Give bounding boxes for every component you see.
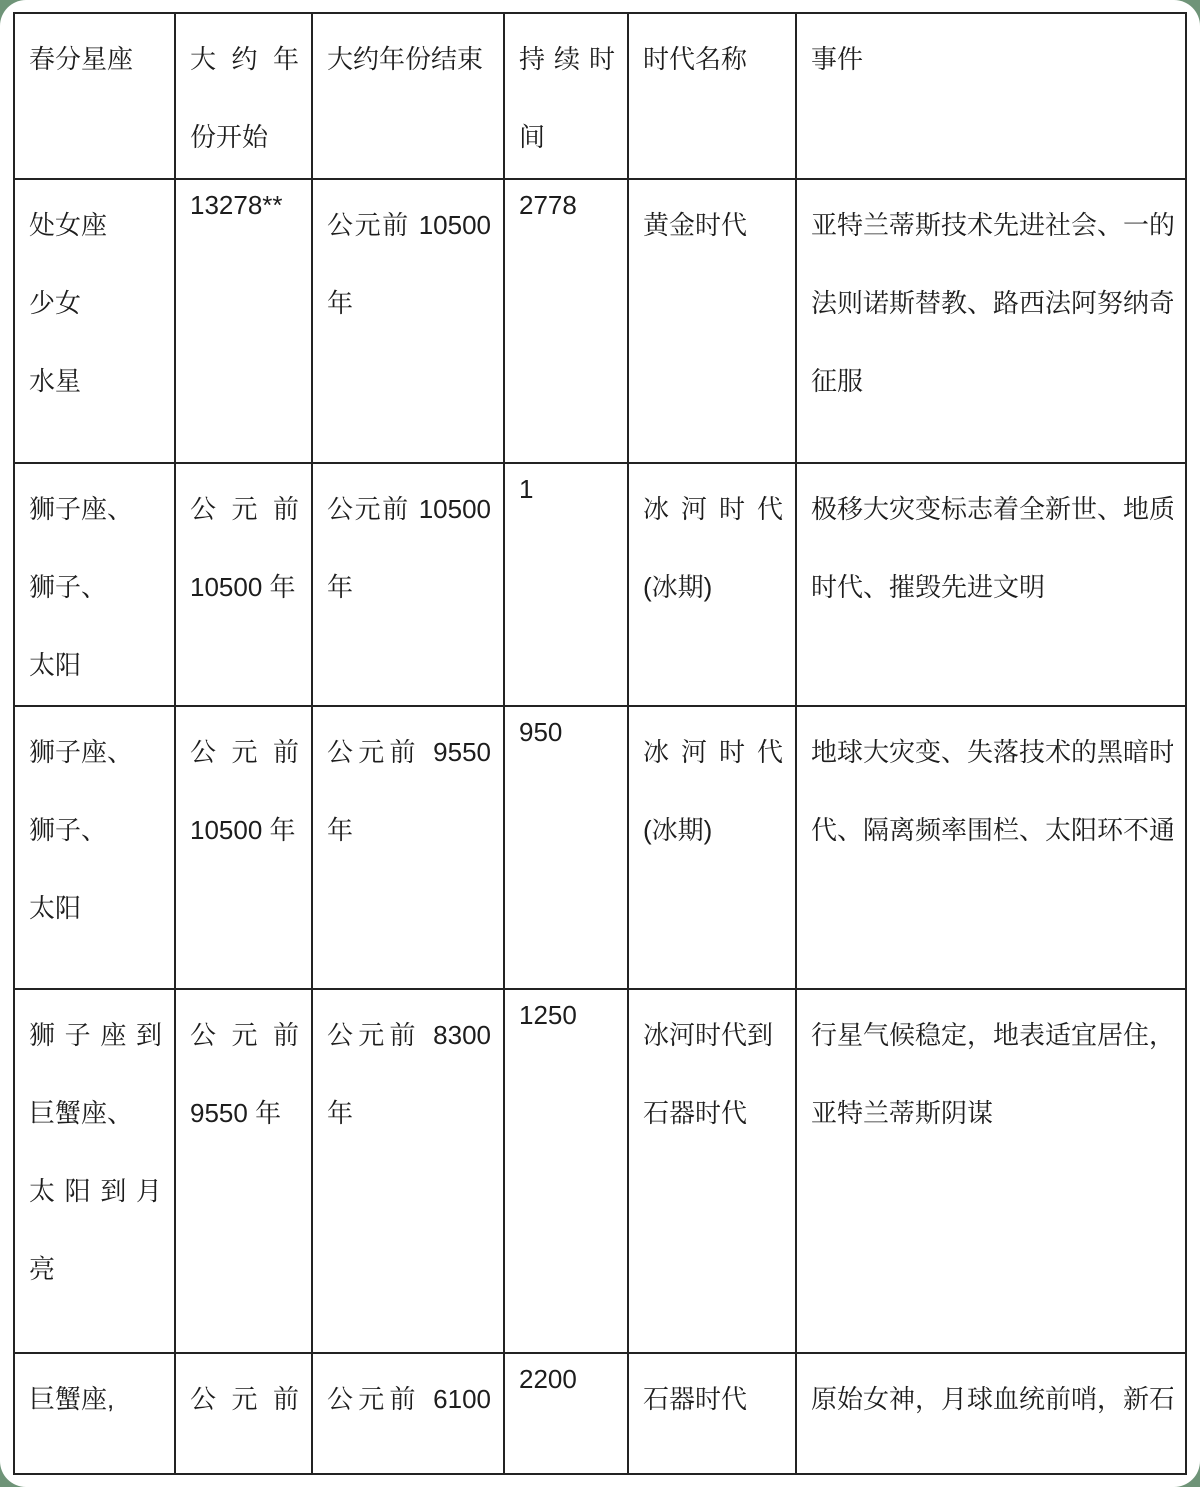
- cell-line: 石器时代: [643, 1074, 783, 1152]
- cell-line: 2200: [519, 1360, 615, 1438]
- cell-line: 公元前 6100: [327, 1360, 491, 1438]
- cell-line: 份开始: [190, 98, 299, 176]
- table-cell: 极移大灾变标志着全新世、地质时代、摧毁先进文明: [797, 464, 1187, 707]
- cell-line: 巨蟹座,: [29, 1360, 162, 1438]
- cell-line: 公元前 10500: [327, 470, 491, 548]
- cell-line: 太阳: [29, 869, 162, 947]
- cell-line: 时代名称: [643, 20, 783, 98]
- table-cell: 公元前 10500年: [313, 464, 505, 707]
- table-cell: 公元前 6100: [313, 1354, 505, 1475]
- table-cell: 公元前: [176, 1354, 313, 1475]
- cell-line: 公元前 10500: [327, 186, 491, 264]
- cell-line: 大约年: [190, 20, 299, 98]
- cell-line: 地球大灾变、失落技术的黑暗时: [811, 713, 1173, 791]
- cell-line: 冰河时代: [643, 470, 783, 548]
- cell-line: 狮子座、: [29, 470, 162, 548]
- cell-line: 13278**: [190, 186, 299, 264]
- cell-line: 春分星座: [29, 20, 162, 98]
- cell-line: 间: [519, 98, 615, 176]
- cell-line: 极移大灾变标志着全新世、地质: [811, 470, 1173, 548]
- cell-line: 冰河时代到: [643, 996, 783, 1074]
- column-header: 事件: [797, 14, 1187, 180]
- cell-line: 原始女神，月球血统前哨，新石: [811, 1360, 1173, 1438]
- cell-line: (冰期): [643, 791, 783, 869]
- table-cell: 亚特兰蒂斯技术先进社会、一的法则诺斯替教、路西法阿努纳奇征服: [797, 180, 1187, 464]
- column-header: 春分星座: [15, 14, 176, 180]
- cell-line: 公元前: [190, 1360, 299, 1438]
- table-cell: 狮子座、狮子、太阳: [15, 464, 176, 707]
- cell-line: 处女座: [29, 186, 162, 264]
- table-cell: 巨蟹座,: [15, 1354, 176, 1475]
- cell-line: 征服: [811, 342, 1173, 420]
- cell-line: 狮子、: [29, 791, 162, 869]
- cell-line: 10500 年: [190, 548, 299, 626]
- cell-line: 狮子座到: [29, 996, 162, 1074]
- table-row: 狮子座、狮子、太阳公元前10500 年公元前 9550年950冰河时代(冰期)地…: [15, 707, 1187, 990]
- cell-line: 时代、摧毁先进文明: [811, 548, 1173, 626]
- cell-line: 亮: [29, 1230, 162, 1308]
- cell-line: 大约年份结束: [327, 20, 491, 98]
- table-cell: 公元前9550 年: [176, 990, 313, 1354]
- cell-line: 事件: [811, 20, 1173, 98]
- table-cell: 冰河时代到石器时代: [629, 990, 797, 1354]
- cell-line: 狮子座、: [29, 713, 162, 791]
- table-cell: 狮子座到巨蟹座、太阳到月亮: [15, 990, 176, 1354]
- column-header: 持续时间: [505, 14, 629, 180]
- table-cell: 石器时代: [629, 1354, 797, 1475]
- table-cell: 2778: [505, 180, 629, 464]
- cell-line: 公元前: [190, 470, 299, 548]
- cell-line: 年: [327, 791, 491, 869]
- cell-line: 少女: [29, 264, 162, 342]
- table-cell: 1250: [505, 990, 629, 1354]
- cell-line: 2778: [519, 186, 615, 264]
- cell-line: 1250: [519, 996, 615, 1074]
- cell-line: 法则诺斯替教、路西法阿努纳奇: [811, 264, 1173, 342]
- table-row: 巨蟹座,公元前公元前 61002200石器时代原始女神，月球血统前哨，新石: [15, 1354, 1187, 1475]
- column-header: 时代名称: [629, 14, 797, 180]
- precession-era-table: 春分星座大约年份开始大约年份结束持续时间时代名称事件处女座少女水星13278**…: [13, 12, 1187, 1475]
- cell-line: 950: [519, 713, 615, 791]
- table-cell: 公元前 8300年: [313, 990, 505, 1354]
- cell-line: 石器时代: [643, 1360, 783, 1438]
- column-header: 大约年份开始: [176, 14, 313, 180]
- cell-line: 持续时: [519, 20, 615, 98]
- cell-line: 太阳: [29, 626, 162, 704]
- table-cell: 13278**: [176, 180, 313, 464]
- table-cell: 地球大灾变、失落技术的黑暗时代、隔离频率围栏、太阳环不通: [797, 707, 1187, 990]
- table-cell: 公元前 10500年: [313, 180, 505, 464]
- column-header: 大约年份结束: [313, 14, 505, 180]
- table-row: 狮子座、狮子、太阳公元前10500 年公元前 10500年1冰河时代(冰期)极移…: [15, 464, 1187, 707]
- table-cell: 冰河时代(冰期): [629, 464, 797, 707]
- cell-line: 狮子、: [29, 548, 162, 626]
- cell-line: 年: [327, 1074, 491, 1152]
- cell-line: (冰期): [643, 548, 783, 626]
- table-cell: 950: [505, 707, 629, 990]
- table-cell: 黄金时代: [629, 180, 797, 464]
- cell-line: 代、隔离频率围栏、太阳环不通: [811, 791, 1173, 869]
- table-cell: 1: [505, 464, 629, 707]
- cell-line: 黄金时代: [643, 186, 783, 264]
- table-cell: 冰河时代(冰期): [629, 707, 797, 990]
- cell-line: 年: [327, 548, 491, 626]
- table-cell: 2200: [505, 1354, 629, 1475]
- table-cell: 原始女神，月球血统前哨，新石: [797, 1354, 1187, 1475]
- header-row: 春分星座大约年份开始大约年份结束持续时间时代名称事件: [15, 14, 1187, 180]
- cell-line: 巨蟹座、: [29, 1074, 162, 1152]
- table-cell: 狮子座、狮子、太阳: [15, 707, 176, 990]
- cell-line: 1: [519, 470, 615, 548]
- cell-line: 公元前 9550: [327, 713, 491, 791]
- table-cell: 公元前10500 年: [176, 464, 313, 707]
- cell-line: 行星气候稳定，地表适宜居住，: [811, 996, 1173, 1074]
- cell-line: 10500 年: [190, 791, 299, 869]
- document-page: 春分星座大约年份开始大约年份结束持续时间时代名称事件处女座少女水星13278**…: [0, 0, 1200, 1487]
- table-cell: 公元前10500 年: [176, 707, 313, 990]
- table-row: 狮子座到巨蟹座、太阳到月亮公元前9550 年公元前 8300年1250冰河时代到…: [15, 990, 1187, 1354]
- table-cell: 处女座少女水星: [15, 180, 176, 464]
- cell-line: 公元前: [190, 996, 299, 1074]
- table-cell: 行星气候稳定，地表适宜居住，亚特兰蒂斯阴谋: [797, 990, 1187, 1354]
- cell-line: 水星: [29, 342, 162, 420]
- table-cell: 公元前 9550年: [313, 707, 505, 990]
- table-row: 处女座少女水星13278**公元前 10500年2778黄金时代亚特兰蒂斯技术先…: [15, 180, 1187, 464]
- cell-line: 9550 年: [190, 1074, 299, 1152]
- cell-line: 冰河时代: [643, 713, 783, 791]
- cell-line: 公元前: [190, 713, 299, 791]
- cell-line: 太阳到月: [29, 1152, 162, 1230]
- cell-line: 年: [327, 264, 491, 342]
- cell-line: 亚特兰蒂斯阴谋: [811, 1074, 1173, 1152]
- cell-line: 亚特兰蒂斯技术先进社会、一的: [811, 186, 1173, 264]
- cell-line: 公元前 8300: [327, 996, 491, 1074]
